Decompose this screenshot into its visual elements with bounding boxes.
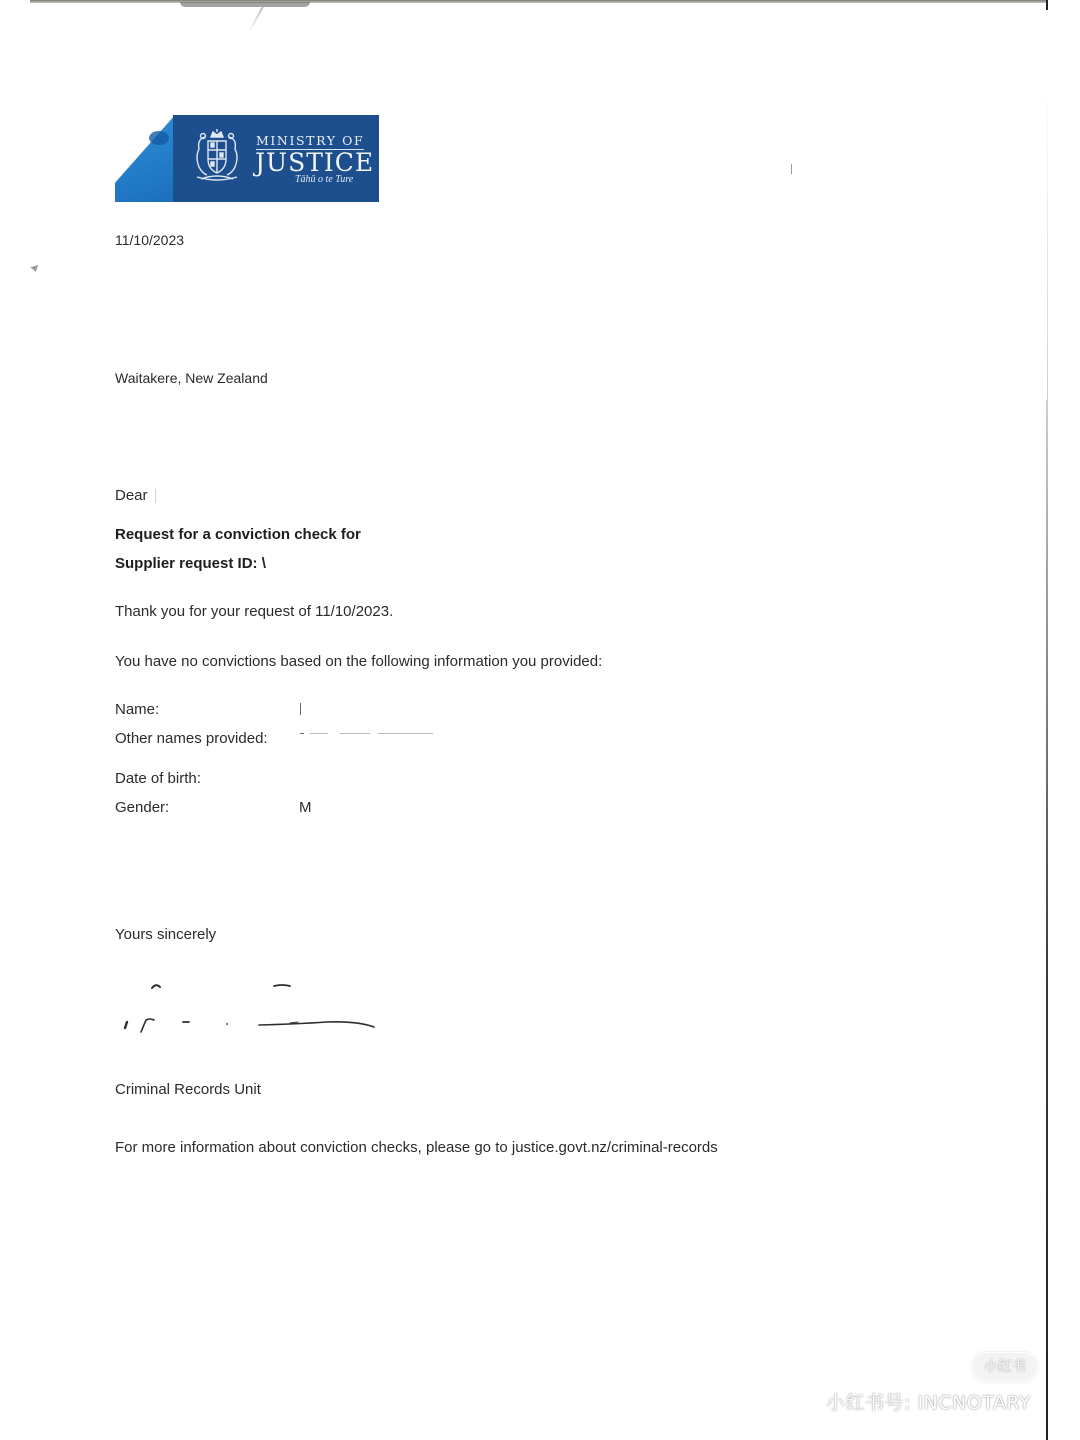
detail-value-gender: M (299, 799, 312, 816)
logo-tagline: Tāhū o te Ture (295, 174, 353, 185)
xiaohongshu-watermark: 小红书号: INCNOTARY (826, 1388, 1031, 1415)
detail-label-name: Name: (115, 701, 159, 718)
subject-line: Request for a conviction check for (115, 526, 361, 543)
footer-note: For more information about conviction ch… (115, 1139, 718, 1156)
signature (112, 972, 382, 1042)
signatory: Criminal Records Unit (115, 1081, 261, 1098)
salutation: Dear (115, 487, 148, 504)
detail-label-other-names: Other names provided: (115, 730, 268, 747)
letter-date: 11/10/2023 (115, 232, 184, 248)
detail-label-dob: Date of birth: (115, 770, 201, 787)
logo-justice-text: JUSTICE (255, 148, 374, 177)
logo-accent-wedge (115, 115, 175, 202)
redaction-remnant (310, 733, 328, 734)
redaction-remnant (378, 733, 433, 734)
scan-page-edge-faint (1047, 80, 1048, 400)
scan-crease (249, 6, 264, 32)
recipient-address: Waitakere, New Zealand (115, 370, 268, 386)
logo-ministry-text: MINISTRY OF (256, 133, 364, 148)
scan-page-edge (1046, 400, 1048, 1440)
nz-coat-of-arms-icon (187, 127, 247, 185)
detail-label-gender: Gender: (115, 799, 169, 816)
result-statement: You have no convictions based on the fol… (115, 653, 602, 670)
scan-corner-mark (1046, 0, 1048, 10)
redaction-remnant (300, 703, 301, 715)
ministry-of-justice-logo: MINISTRY OF JUSTICE Tāhū o te Ture (115, 115, 379, 202)
xiaohongshu-badge: 小红书 (972, 1352, 1038, 1382)
redaction-remnant (300, 733, 304, 734)
redaction-remnant (340, 733, 370, 734)
scan-mark (30, 265, 39, 273)
supplier-request-id: Supplier request ID: \ (115, 555, 266, 572)
closing-text: Yours sincerely (115, 926, 216, 943)
redaction-mark (155, 489, 156, 503)
logo-accent-dot (149, 131, 169, 145)
scan-fold-shadow (180, 2, 310, 7)
scan-tick (791, 164, 792, 174)
acknowledgement-text: Thank you for your request of 11/10/2023… (115, 603, 393, 620)
